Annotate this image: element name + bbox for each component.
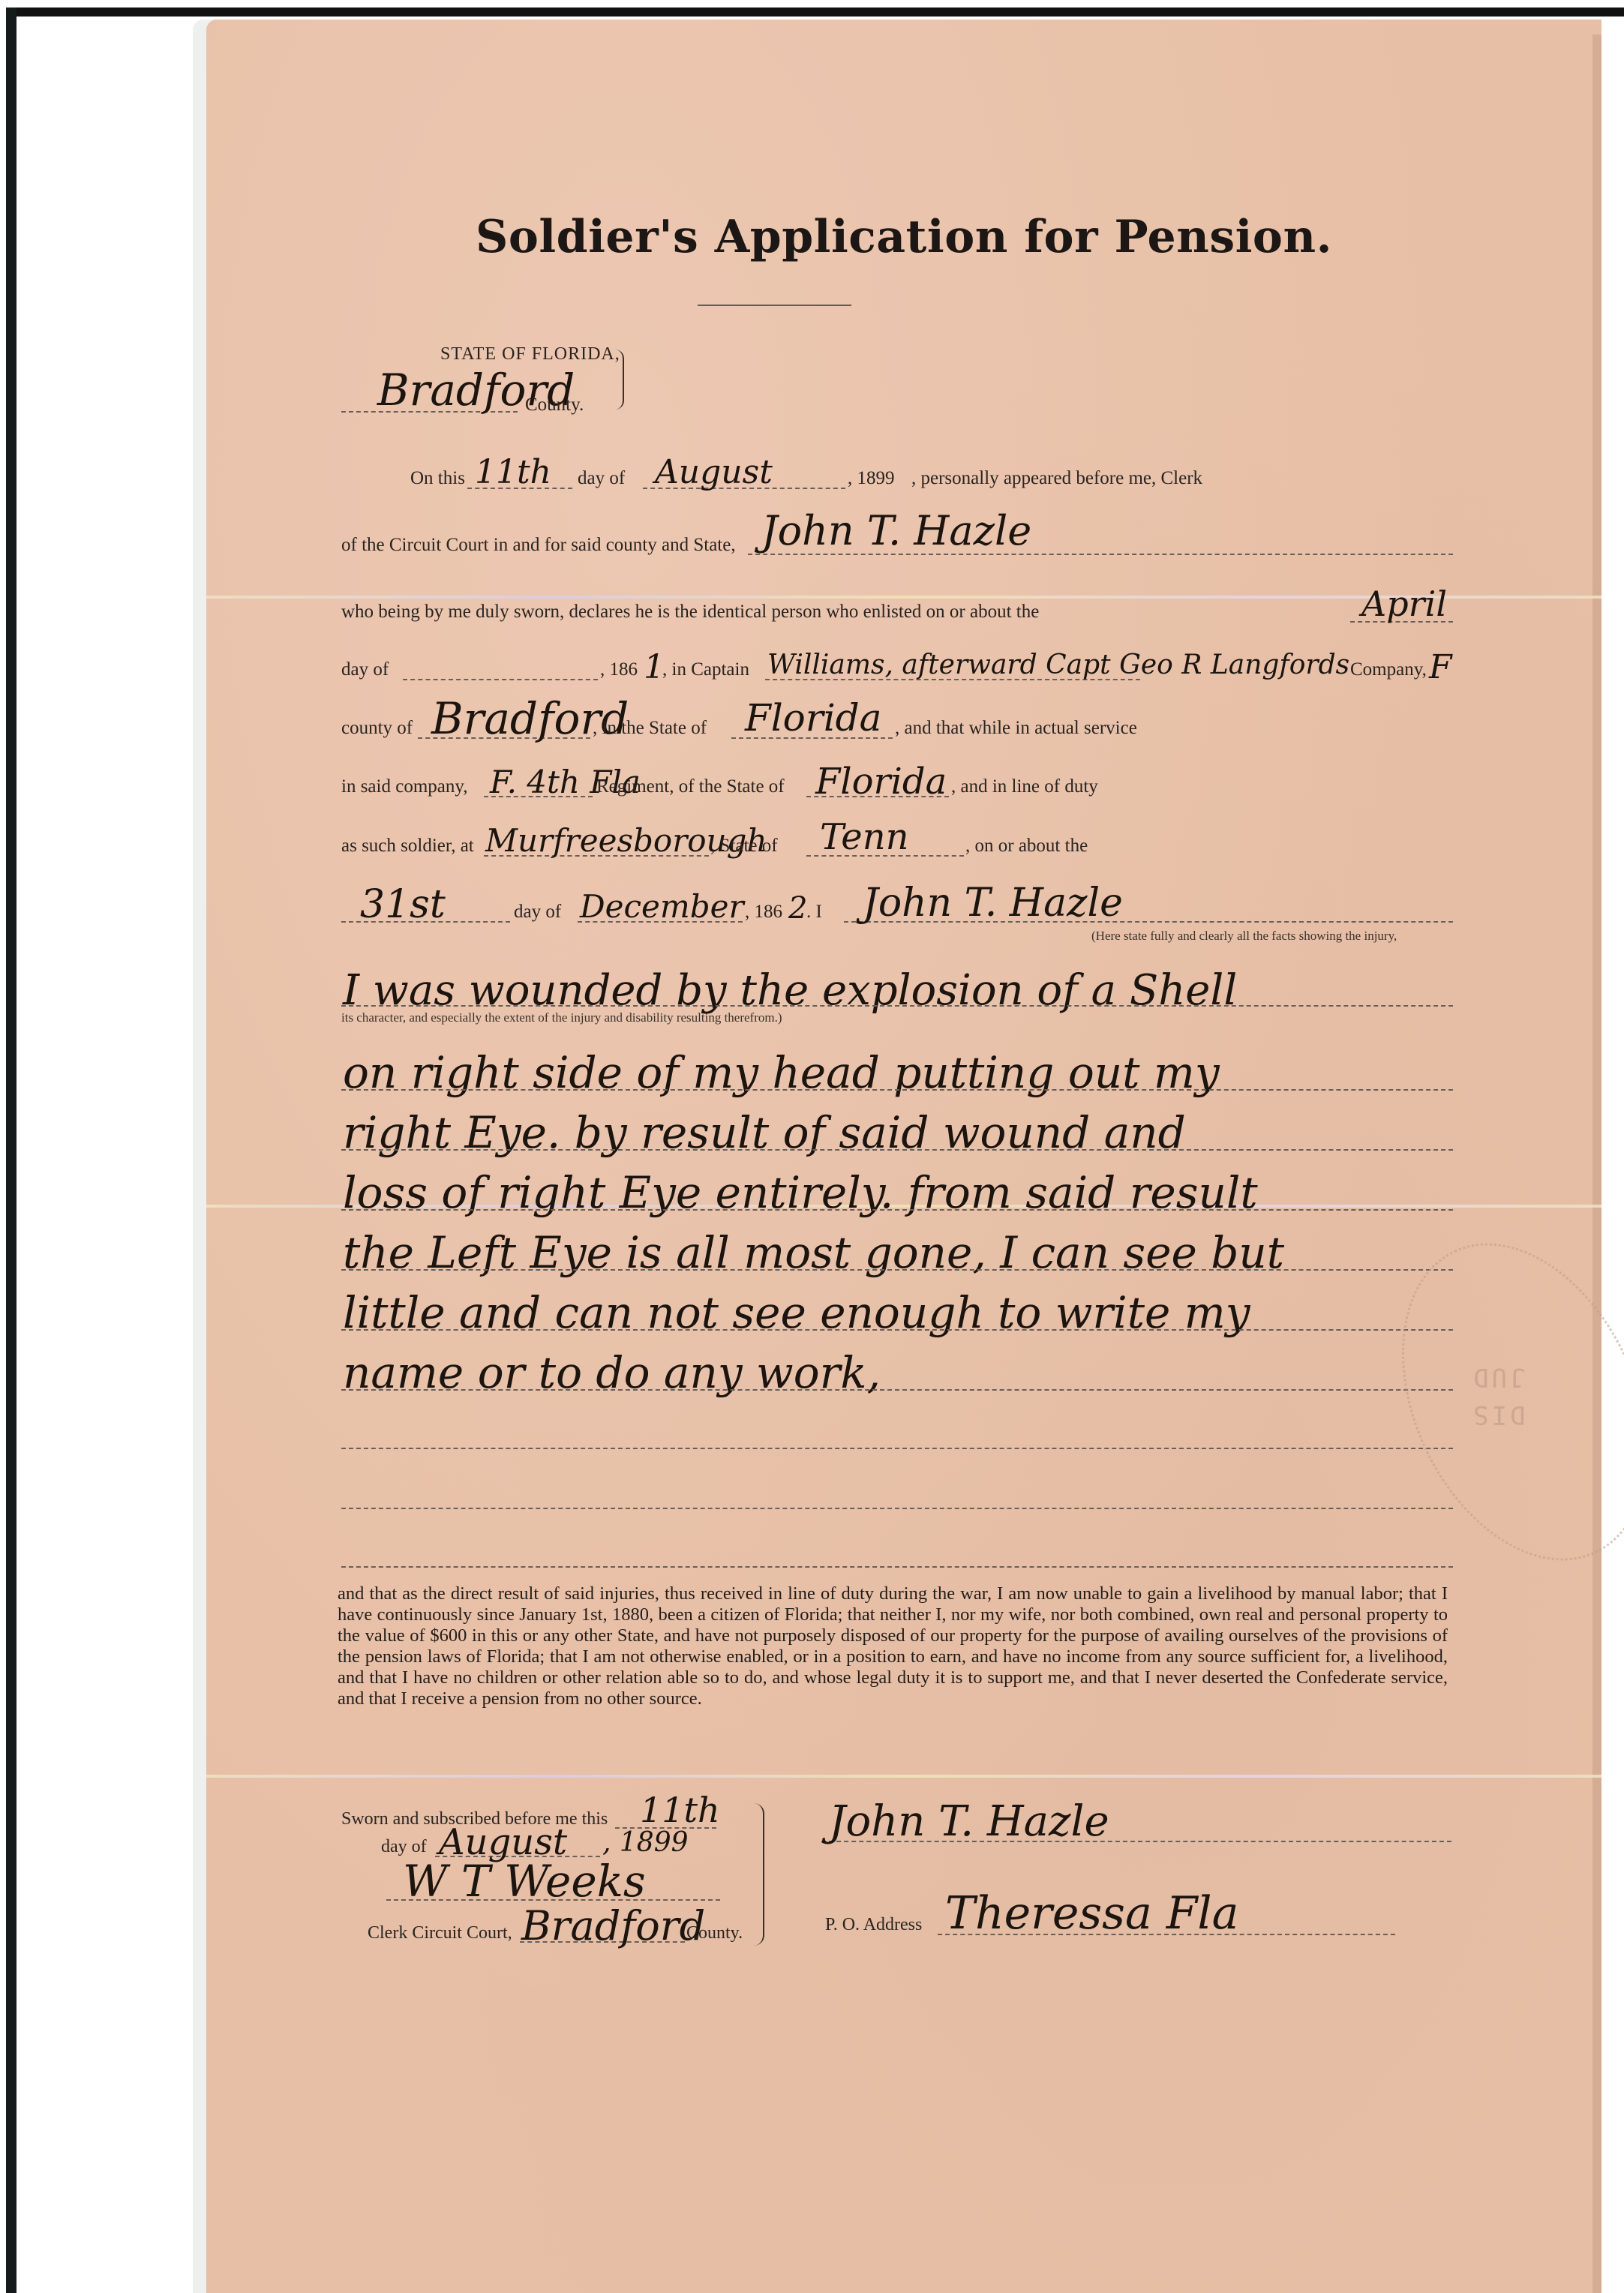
title-rule: [698, 305, 851, 306]
page-title: Soldier's Application for Pension.: [206, 211, 1601, 263]
company-label: Company,: [1350, 659, 1427, 680]
affidavit-paragraph: and that as the direct result of said in…: [338, 1583, 1448, 1709]
statement-line-blank[interactable]: [341, 1566, 1453, 1568]
line-of-duty-text: , and in line of duty: [951, 776, 1098, 797]
instruction-line-2: its character, and especially the extent…: [341, 1010, 782, 1025]
enlist-year-label: , 186: [600, 659, 638, 680]
statement-line: [341, 1089, 1453, 1091]
paper-edge: [1592, 35, 1601, 2293]
as-soldier-label: as such soldier, at: [341, 836, 474, 857]
county-of-label: county of: [341, 718, 413, 739]
injury-year-label: , 186: [745, 902, 782, 923]
applicant-name-field[interactable]: John T. Hazle: [761, 507, 1031, 554]
statement-line-blank[interactable]: [341, 1448, 1453, 1449]
actual-service-text: , and that while in actual service: [895, 718, 1137, 739]
instruction-line-1: (Here state fully and clearly all the fa…: [1091, 929, 1397, 944]
declarant-name-field[interactable]: John T. Hazle: [863, 881, 1123, 926]
scanner-frame-left: [6, 8, 17, 2293]
statement-line: [341, 1329, 1453, 1331]
jurat-year-field[interactable]: , 1899: [602, 1827, 689, 1858]
enlist-month-line: [403, 679, 598, 680]
injury-month-field[interactable]: December: [580, 888, 744, 925]
clerk-label: Clerk Circuit Court,: [368, 1923, 512, 1943]
regiment-state-field[interactable]: Florida: [815, 761, 947, 803]
state-of-label: , State of: [710, 836, 778, 857]
statement-line: [341, 1005, 1453, 1007]
appeared-text: , personally appeared before me, Clerk: [911, 468, 1202, 489]
po-address-label: P. O. Address: [825, 1915, 922, 1935]
day-of-label-3: day of: [514, 902, 561, 923]
place-state-field[interactable]: Tenn: [820, 816, 909, 858]
scanner-frame-top: [6, 8, 1624, 17]
regiment-label: Regiment, of the State of: [596, 776, 785, 797]
pension-application-page: Soldier's Application for Pension. STATE…: [206, 20, 1601, 2293]
clerk-signature[interactable]: W T Weeks: [403, 1856, 646, 1907]
circuit-court-text: of the Circuit Court in and for said cou…: [341, 535, 736, 556]
applicant-signature[interactable]: John T. Hazle: [829, 1797, 1109, 1846]
sworn-text: who being by me duly sworn, declares he …: [341, 602, 1039, 623]
seal-text: DIS: [1470, 1400, 1525, 1430]
statement-line: [341, 1389, 1453, 1391]
enlist-day-field[interactable]: April: [1361, 584, 1447, 624]
year-label: , 1899: [848, 468, 895, 489]
venue-bracket: [615, 350, 624, 410]
statement-line-blank[interactable]: [341, 1508, 1453, 1509]
day-of-label: day of: [578, 468, 625, 489]
jurat-day-field[interactable]: 11th: [640, 1790, 720, 1830]
po-address-field[interactable]: Theressa Fla: [945, 1887, 1238, 1940]
in-said-company-label: in said company,: [341, 776, 467, 797]
on-this-label: On this: [410, 468, 465, 489]
jurat-bracket: [754, 1803, 764, 1946]
captain-field[interactable]: Williams, afterward Capt Geo R Langfords: [767, 650, 1349, 680]
statement-line: [341, 1149, 1453, 1151]
statement-line: [341, 1209, 1453, 1211]
fold-crease: [206, 1775, 1601, 1778]
state-label: STATE OF FLORIDA,: [440, 344, 620, 365]
enlist-state-field[interactable]: Florida: [745, 696, 882, 740]
statement-line: [341, 1269, 1453, 1271]
company-field[interactable]: F: [1429, 648, 1452, 686]
injury-day-field[interactable]: 31st: [360, 882, 446, 927]
month-field[interactable]: August: [655, 453, 773, 491]
enlist-year-field[interactable]: 1: [644, 648, 665, 686]
seal-text: JUD: [1470, 1362, 1525, 1392]
on-or-about-text: , on or about the: [965, 836, 1088, 857]
clerk-county-field[interactable]: Bradford: [521, 1902, 705, 1949]
day-field[interactable]: 11th: [475, 453, 551, 491]
injury-line[interactable]: I was wounded by the explosion of a Shel…: [343, 966, 1237, 1015]
in-captain-label: , in Captain: [662, 659, 749, 680]
in-state-of-label: , in the State of: [593, 718, 707, 739]
injury-year-field[interactable]: 2: [788, 891, 807, 926]
day-of-label-2: day of: [341, 659, 389, 680]
jurat-day-of-label: day of: [381, 1837, 427, 1857]
county-label: County.: [525, 395, 584, 416]
clerk-county-label: County.: [686, 1923, 743, 1943]
i-label: . I: [806, 902, 822, 923]
